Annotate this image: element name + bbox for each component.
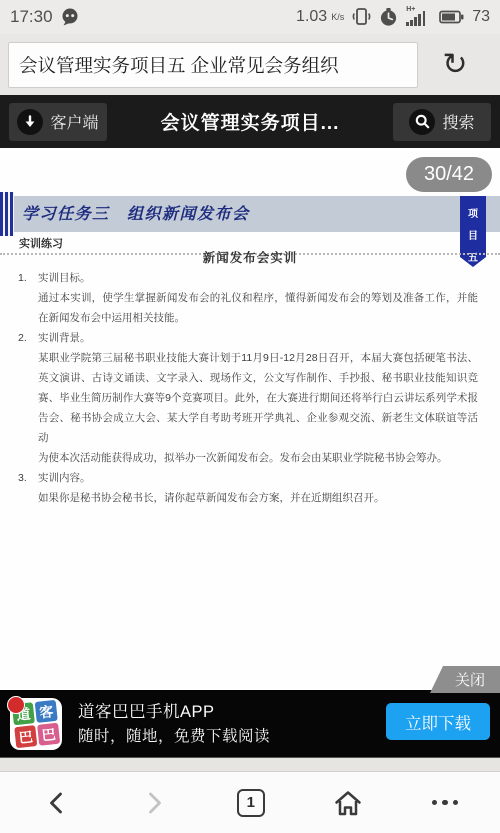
item-paragraph: 为使本次活动能获得成功，拟举办一次新闻发布会。发布会由某职业学院秘书协会筹办。 <box>38 448 478 468</box>
tab-count: 1 <box>237 789 265 817</box>
client-app-button[interactable]: 客户端 <box>9 103 107 141</box>
logo-tile: 客 <box>35 700 58 723</box>
item-paragraph: 某职业学院第三届秘书职业技能大赛计划于11月9日-12月28日召开，本届大赛包括… <box>38 348 478 448</box>
item-heading: 实训背景。 <box>38 328 478 348</box>
ad-banner[interactable]: 道 客 巴 巴 道客巴巴手机APP 随时，随地，免费下载阅读 立即下载 <box>0 690 500 758</box>
refresh-icon: ↻ <box>442 48 467 81</box>
exercise-title: 新闻发布会实训 <box>0 248 500 268</box>
browser-address-bar: 会议管理实务项目五 企业常见会务组织 ↻ <box>0 34 500 95</box>
document-header-title: 会议管理实务项目... <box>161 108 340 135</box>
list-item: 1. 实训目标。 通过本实训，使学生掌握新闻发布会的礼仪和程序，懂得新闻发布会的… <box>18 268 478 328</box>
address-input[interactable]: 会议管理实务项目五 企业常见会务组织 <box>8 42 418 88</box>
exercise-list: 1. 实训目标。 通过本实训，使学生掌握新闻发布会的礼仪和程序，懂得新闻发布会的… <box>18 268 478 508</box>
address-text: 会议管理实务项目五 企业常见会务组织 <box>19 52 339 78</box>
ribbon-char: 项 <box>468 205 478 220</box>
network-speed-unit: K/s <box>331 13 344 22</box>
clock-time: 17:30 <box>10 7 53 27</box>
ribbon-char: 目 <box>468 227 478 242</box>
alarm-icon <box>378 7 399 28</box>
item-heading: 实训目标。 <box>38 268 478 288</box>
list-item: 3. 实训内容。 如果你是秘书协会秘书长，请你起草新闻发布会方案，并在近期组织召… <box>18 468 478 508</box>
signal-strength-icon: H+ <box>406 6 432 28</box>
section-banner-title: 学习任务三 组织新闻发布会 <box>22 196 250 232</box>
page-indicator-badge: 30/42 <box>406 157 492 192</box>
item-heading: 实训内容。 <box>38 468 478 488</box>
item-number: 2. <box>18 328 38 468</box>
home-button[interactable] <box>332 788 364 818</box>
item-paragraph: 如果你是秘书协会秘书长，请你起草新闻发布会方案，并在近期组织召开。 <box>38 488 478 508</box>
ad-tagline: 随时，随地，免费下载阅读 <box>78 725 270 749</box>
browser-nav-bar: 1 <box>0 772 500 833</box>
phone-screen: 17:30 1.03 K/s <box>0 0 500 833</box>
download-icon <box>17 109 43 135</box>
item-paragraph: 通过本实训，使学生掌握新闻发布会的礼仪和程序，懂得新闻发布会的筹划及准备工作，并… <box>38 288 478 328</box>
status-bar: 17:30 1.03 K/s <box>0 0 500 34</box>
item-number: 3. <box>18 468 38 508</box>
menu-more-button[interactable] <box>432 800 459 806</box>
banner-stripes-decoration <box>0 192 14 236</box>
refresh-button[interactable]: ↻ <box>418 50 492 80</box>
download-now-button[interactable]: 立即下载 <box>386 703 490 740</box>
document-page[interactable]: 30/42 学习任务三 组织新闻发布会 项 目 五 实训练习 新闻发布会实训 1… <box>0 148 500 690</box>
chat-notification-icon <box>60 7 80 27</box>
page-bottom-strip <box>0 758 500 772</box>
tabs-button[interactable]: 1 <box>237 789 265 817</box>
forward-button[interactable] <box>139 788 169 818</box>
vibrate-icon <box>351 6 371 28</box>
search-icon <box>409 109 435 135</box>
logo-tile: 巴 <box>14 725 37 748</box>
site-header: 客户端 会议管理实务项目... 搜索 <box>0 95 500 148</box>
back-button[interactable] <box>42 788 72 818</box>
search-button[interactable]: 搜索 <box>393 103 491 141</box>
list-item: 2. 实训背景。 某职业学院第三届秘书职业技能大赛计划于11月9日-12月28日… <box>18 328 478 468</box>
ad-app-name: 道客巴巴手机APP <box>78 699 270 725</box>
logo-tile: 巴 <box>37 723 60 746</box>
logo-seal-badge <box>7 696 25 714</box>
search-button-label: 搜索 <box>442 110 474 133</box>
battery-percent: 73 <box>472 8 490 26</box>
client-button-label: 客户端 <box>50 110 98 133</box>
network-speed: 1.03 <box>296 8 327 26</box>
battery-icon <box>439 8 465 26</box>
item-number: 1. <box>18 268 38 328</box>
doc88-app-logo: 道 客 巴 巴 <box>10 698 62 750</box>
